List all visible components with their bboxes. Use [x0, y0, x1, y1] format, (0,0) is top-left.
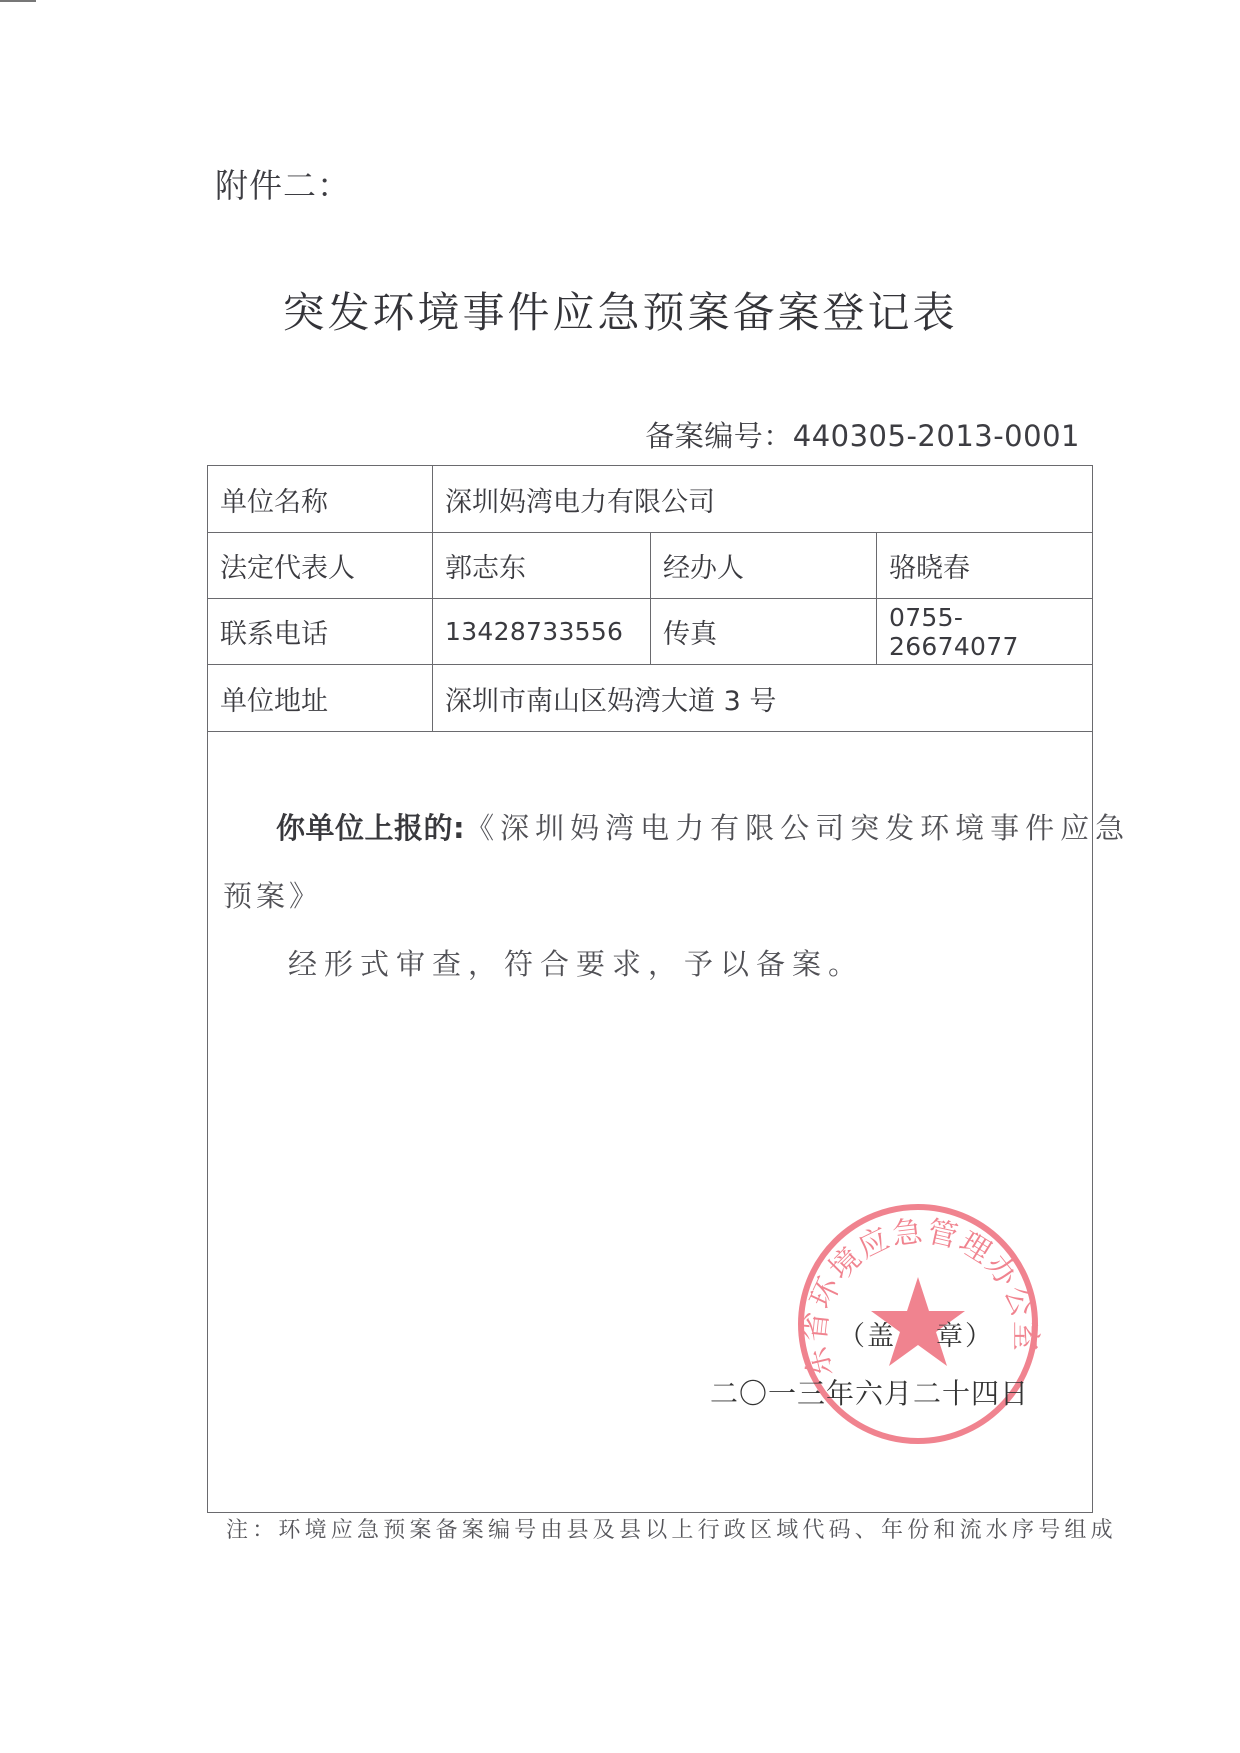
table-row-legal-rep: 法定代表人 郭志东 经办人 骆晓春 [208, 533, 1092, 599]
label-handler: 经办人 [650, 533, 876, 598]
page-title: 突发环境事件应急预案备案登记表 [0, 280, 1240, 340]
record-number-value: 440305-2013-0001 [793, 419, 1080, 453]
approval-conclusion: 经形式审查，符合要求，予以备案。 [288, 942, 864, 983]
attachment-label: 附件二： [215, 160, 351, 207]
approval-paragraph: 你单位上报的:《深圳妈湾电力有限公司突发环境事件应急 [276, 806, 1130, 847]
registration-form-table: 单位名称 深圳妈湾电力有限公司 法定代表人 郭志东 经办人 骆晓春 联系电话 1… [207, 465, 1093, 1513]
label-address: 单位地址 [208, 665, 432, 731]
plan-title-line2: 预案》 [223, 874, 322, 915]
seal-label: （盖章） [838, 1314, 994, 1353]
table-row-unit-name: 单位名称 深圳妈湾电力有限公司 [208, 466, 1092, 533]
label-fax: 传真 [650, 599, 876, 664]
footnote: 注：环境应急预案备案编号由县及县以上行政区域代码、年份和流水序号组成 [226, 1513, 1117, 1544]
seal-label-left: （盖 [838, 1321, 896, 1352]
value-legal-rep: 郭志东 [432, 533, 650, 598]
value-unit-name: 深圳妈湾电力有限公司 [432, 466, 1092, 532]
table-row-contact: 联系电话 13428733556 传真 0755-26674077 [208, 599, 1092, 665]
approval-lead: 你单位上报的: [276, 811, 465, 845]
value-handler: 骆晓春 [876, 533, 1092, 598]
approval-body: 你单位上报的:《深圳妈湾电力有限公司突发环境事件应急 预案》 经形式审查，符合要… [208, 732, 1092, 1512]
value-phone: 13428733556 [432, 599, 650, 664]
plan-title-line1: 《深圳妈湾电力有限公司突发环境事件应急 [465, 811, 1130, 845]
value-fax: 0755-26674077 [876, 599, 1092, 664]
table-row-address: 单位地址 深圳市南山区妈湾大道 3 号 [208, 665, 1092, 732]
seal-label-right: 章） [936, 1321, 994, 1352]
label-phone: 联系电话 [208, 599, 432, 664]
record-number: 备案编号：440305-2013-0001 [645, 414, 1080, 455]
record-number-label: 备案编号： [645, 419, 793, 453]
scan-edge-mark [0, 0, 36, 2]
label-legal-rep: 法定代表人 [208, 533, 432, 598]
value-address: 深圳市南山区妈湾大道 3 号 [432, 665, 1092, 731]
label-unit-name: 单位名称 [208, 466, 432, 532]
approval-date: 二〇一三年六月二十四日 [710, 1372, 1029, 1412]
